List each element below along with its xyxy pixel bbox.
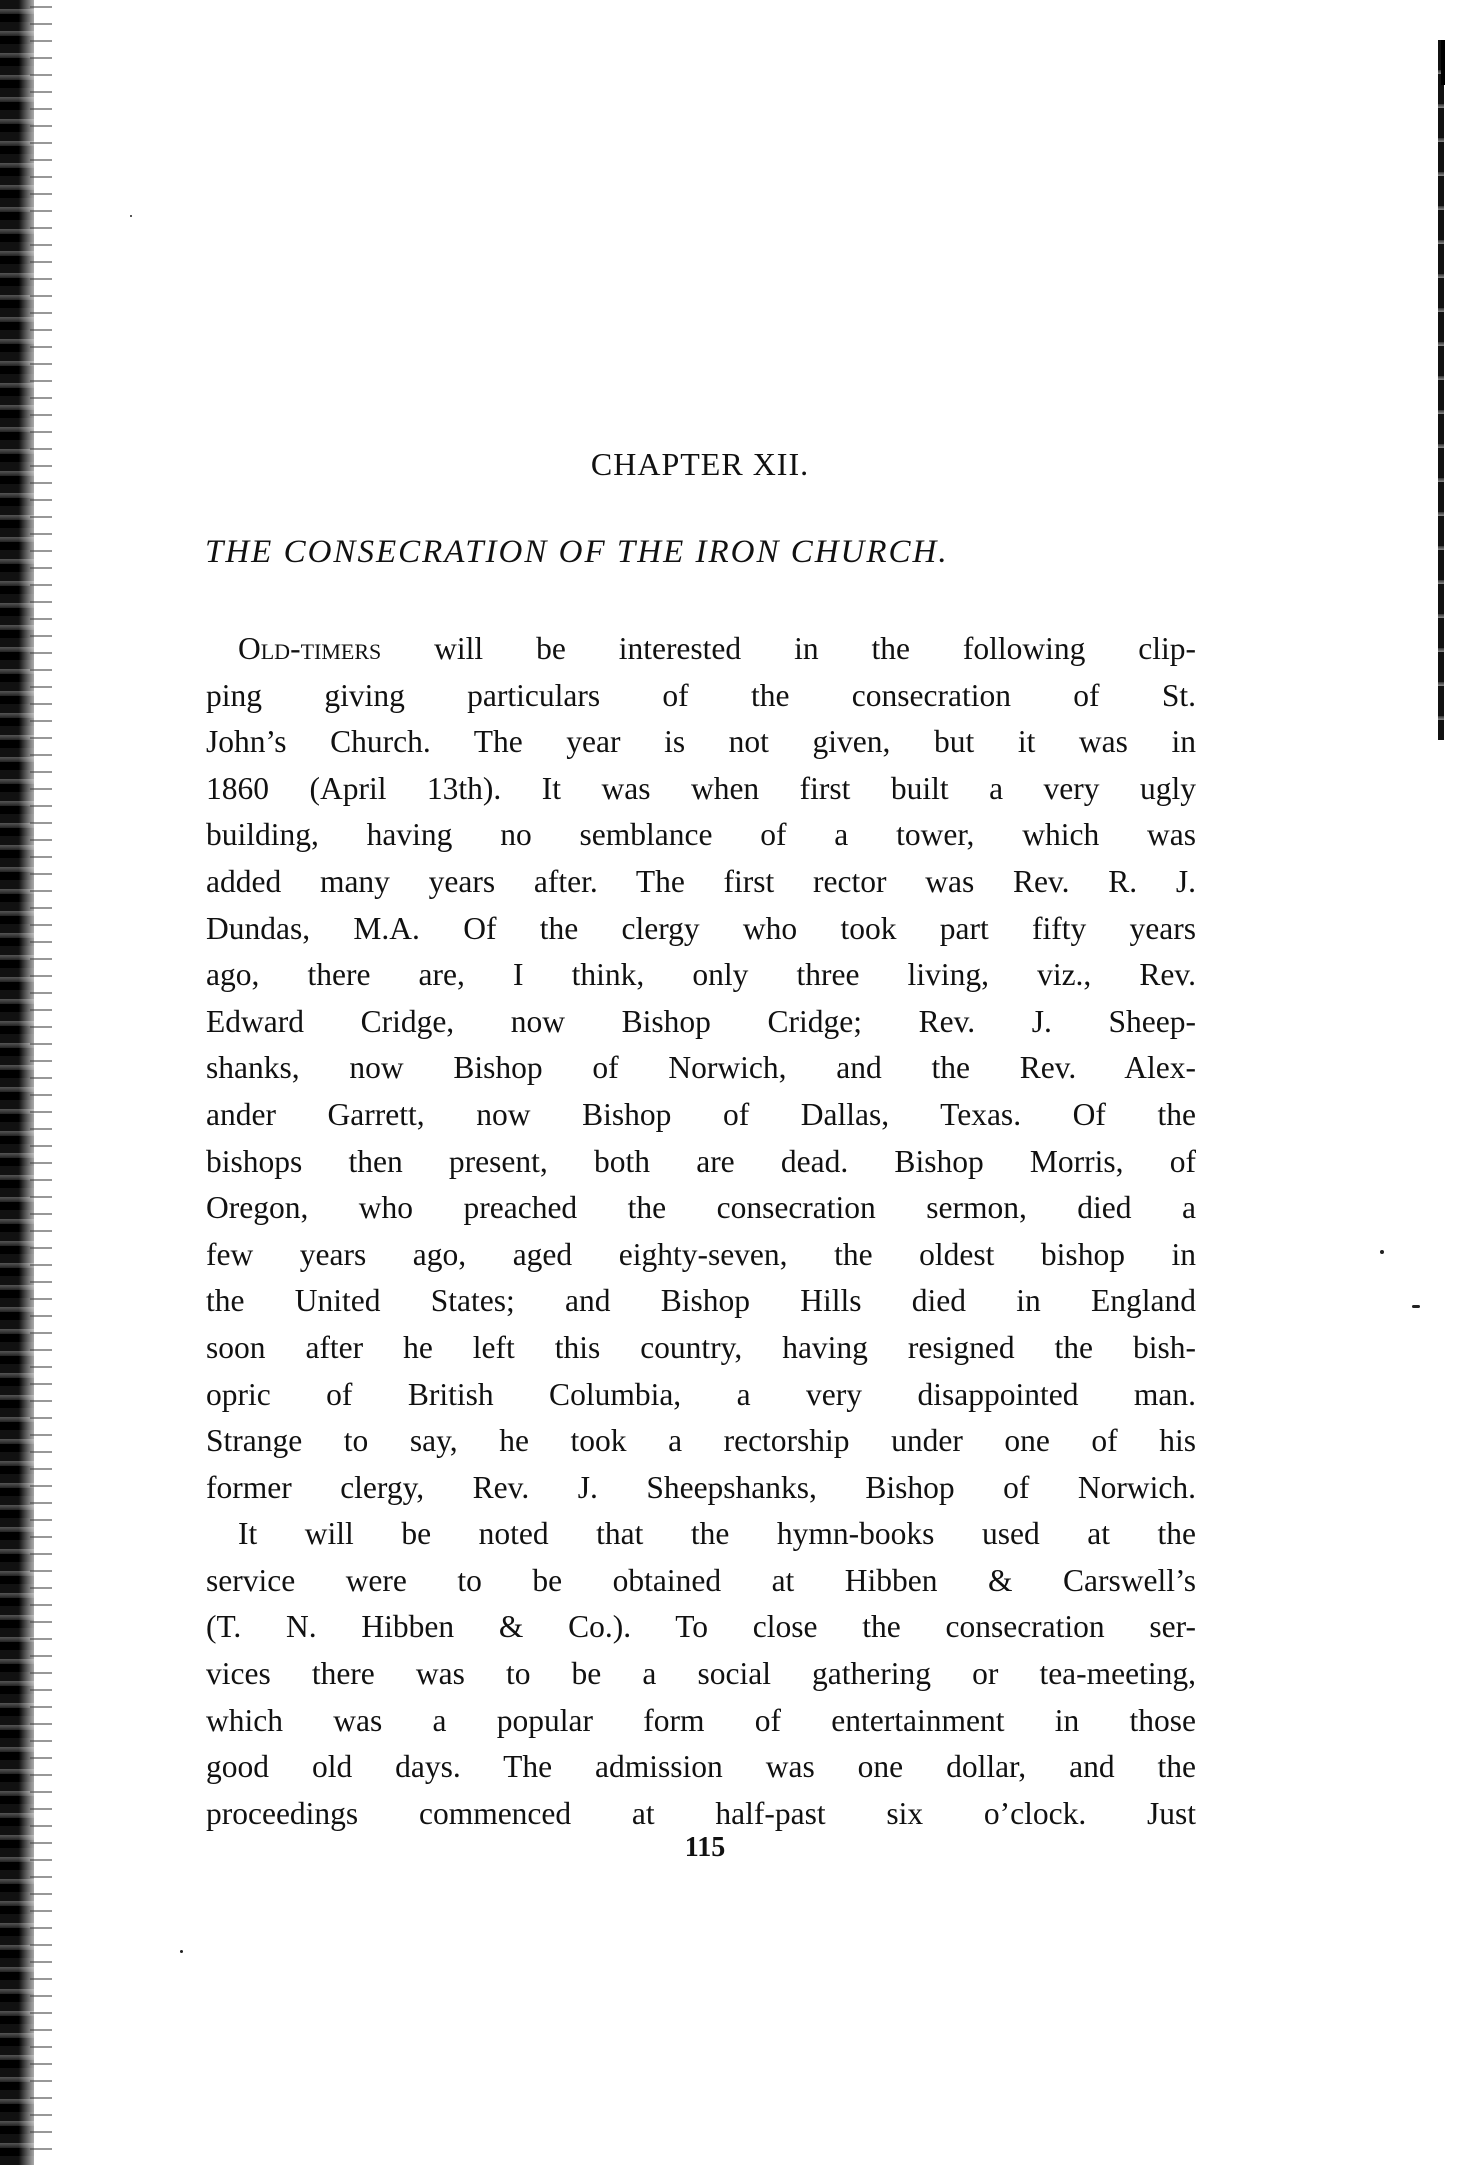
text-line: the United States; and Bishop Hills died… xyxy=(206,1278,1196,1325)
text-line: Dundas, M.A. Of the clergy who took part… xyxy=(206,906,1196,953)
text-line: John’s Church. The year is not given, bu… xyxy=(206,719,1196,766)
text-line: ander Garrett, now Bishop of Dallas, Tex… xyxy=(206,1092,1196,1139)
text-line: shanks, now Bishop of Norwich, and the R… xyxy=(206,1045,1196,1092)
text-line: bishops then present, both are dead. Bis… xyxy=(206,1139,1196,1186)
text-line: added many years after. The first rector… xyxy=(206,859,1196,906)
text-line: Oregon, who preached the consecration se… xyxy=(206,1185,1196,1232)
text-line: soon after he left this country, having … xyxy=(206,1325,1196,1372)
text-line: ping giving particulars of the consecrat… xyxy=(206,673,1196,720)
scan-speck xyxy=(1380,1250,1384,1254)
text-line: few years ago, aged eighty-seven, the ol… xyxy=(206,1232,1196,1279)
text-line: ago, there are, I think, only three livi… xyxy=(206,952,1196,999)
page-edge-mark xyxy=(1441,40,1445,85)
text-line: service were to be obtained at Hibben & … xyxy=(206,1558,1196,1605)
scan-speck xyxy=(180,1950,183,1953)
text-line: Edward Cridge, now Bishop Cridge; Rev. J… xyxy=(206,999,1196,1046)
chapter-heading: CHAPTER XII. xyxy=(0,446,1400,483)
scan-speck xyxy=(1412,1305,1420,1308)
text-line: opric of British Columbia, a very disapp… xyxy=(206,1372,1196,1419)
text-line: building, having no semblance of a tower… xyxy=(206,812,1196,859)
body-text: Old-timers will be interested in the fol… xyxy=(206,626,1196,1837)
smallcaps-opening: Old-timers xyxy=(238,631,381,666)
page-number: 115 xyxy=(0,1832,1410,1864)
text-line: It will be noted that the hymn-books use… xyxy=(206,1511,1196,1558)
text-line: proceedings commenced at half-past six o… xyxy=(206,1791,1196,1838)
text-line: which was a popular form of entertainmen… xyxy=(206,1698,1196,1745)
text-line: Strange to say, he took a rectorship und… xyxy=(206,1418,1196,1465)
text-line: Old-timers will be interested in the fol… xyxy=(206,626,1196,673)
chapter-title: THE CONSECRATION OF THE IRON CHURCH. xyxy=(205,534,1197,571)
text-line: 1860 (April 13th). It was when first bui… xyxy=(206,766,1196,813)
text-line: (T. N. Hibben & Co.). To close the conse… xyxy=(206,1604,1196,1651)
scan-speck xyxy=(130,215,132,217)
text-line: vices there was to be a social gathering… xyxy=(206,1651,1196,1698)
page-edge-shadow xyxy=(1438,40,1444,740)
text-line: former clergy, Rev. J. Sheepshanks, Bish… xyxy=(206,1465,1196,1512)
text-line: good old days. The admission was one dol… xyxy=(206,1744,1196,1791)
